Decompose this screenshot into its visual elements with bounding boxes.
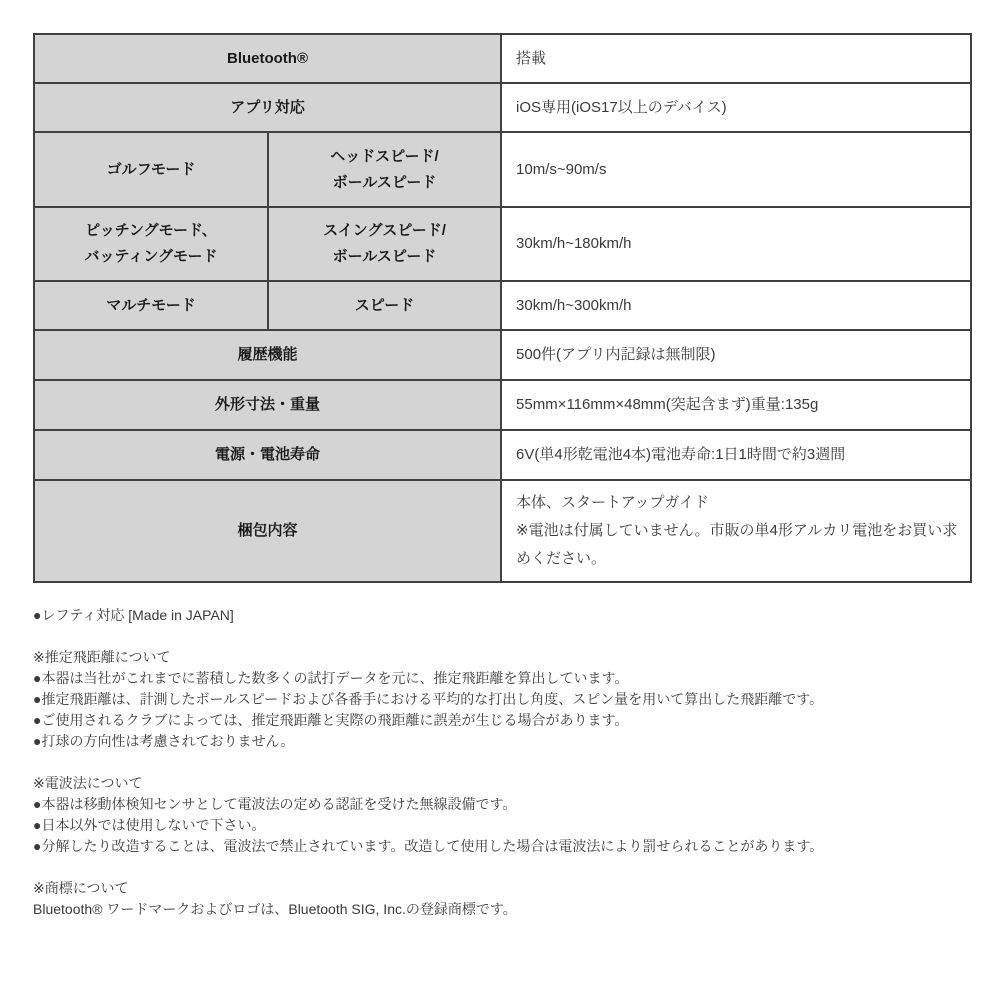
note-item: ●分解したり改造することは、電波法で禁止されています。改造して使用した場合は電波…: [33, 836, 970, 857]
spec-label-history: 履歴機能: [34, 330, 501, 380]
note-section-trademark: ※商標について Bluetooth® ワードマークおよびロゴは、Bluetoot…: [33, 878, 970, 920]
spec-label-multi-mode: マルチモード: [34, 281, 268, 330]
spec-sublabel-golf-mode: ヘッドスピード/ ボールスピード: [268, 132, 501, 207]
spec-value-app-support: iOS専用(iOS17以上のデバイス): [501, 83, 971, 132]
footnotes: ●レフティ対応 [Made in JAPAN] ※推定飛距離について ●本器は当…: [33, 605, 970, 920]
spec-sublabel-pitching-batting-mode: スイングスピード/ ボールスピード: [268, 207, 501, 281]
spec-label-power-battery: 電源・電池寿命: [34, 430, 501, 480]
note-section-radio-law: ※電波法について ●本器は移動体検知センサとして電波法の定める認証を受けた無線設…: [33, 773, 970, 857]
spec-row-app-support: アプリ対応 iOS専用(iOS17以上のデバイス): [34, 83, 971, 132]
note-item: ●ご使用されるクラブによっては、推定飛距離と実際の飛距離に誤差が生じる場合があり…: [33, 710, 970, 731]
spec-row-multi-mode: マルチモード スピード 30km/h~300km/h: [34, 281, 971, 330]
note-item: ●推定飛距離は、計測したボールスピードおよび各番手における平均的な打出し角度、ス…: [33, 689, 970, 710]
spec-value-pitching-batting-mode: 30km/h~180km/h: [501, 207, 971, 281]
spec-value-dimensions-weight: 55mm×116mm×48mm(突起含まず)重量:135g: [501, 380, 971, 430]
spec-row-bluetooth: Bluetooth® 搭載: [34, 34, 971, 83]
spec-row-pitching-batting-mode: ピッチングモード、 バッティングモード スイングスピード/ ボールスピード 30…: [34, 207, 971, 281]
note-item: ●日本以外では使用しないで下さい。: [33, 815, 970, 836]
spec-value-multi-mode: 30km/h~300km/h: [501, 281, 971, 330]
spec-value-power-battery: 6V(単4形乾電池4本)電池寿命:1日1時間で約3週間: [501, 430, 971, 480]
spec-value-golf-mode: 10m/s~90m/s: [501, 132, 971, 207]
note-section-title: ※推定飛距離について: [33, 647, 970, 668]
spec-value-package-contents: 本体、スタートアップガイド ※電池は付属していません。市販の単4形アルカリ電池を…: [501, 480, 971, 582]
spec-label-package-contents: 梱包内容: [34, 480, 501, 582]
note-item: ●本器は移動体検知センサとして電波法の定める認証を受けた無線設備です。: [33, 794, 970, 815]
spec-table: Bluetooth® 搭載 アプリ対応 iOS専用(iOS17以上のデバイス) …: [33, 33, 972, 583]
page: Bluetooth® 搭載 アプリ対応 iOS専用(iOS17以上のデバイス) …: [0, 0, 1000, 1000]
spec-row-golf-mode: ゴルフモード ヘッドスピード/ ボールスピード 10m/s~90m/s: [34, 132, 971, 207]
spec-value-bluetooth: 搭載: [501, 34, 971, 83]
lefty-note: ●レフティ対応 [Made in JAPAN]: [33, 605, 970, 626]
spec-row-power-battery: 電源・電池寿命 6V(単4形乾電池4本)電池寿命:1日1時間で約3週間: [34, 430, 971, 480]
spec-sublabel-multi-mode: スピード: [268, 281, 501, 330]
note-item: ●本器は当社がこれまでに蓄積した数多くの試打データを元に、推定飛距離を算出してい…: [33, 668, 970, 689]
spec-label-dimensions-weight: 外形寸法・重量: [34, 380, 501, 430]
spec-label-app-support: アプリ対応: [34, 83, 501, 132]
note-section-estimated-distance: ※推定飛距離について ●本器は当社がこれまでに蓄積した数多くの試打データを元に、…: [33, 647, 970, 752]
spec-row-dimensions-weight: 外形寸法・重量 55mm×116mm×48mm(突起含まず)重量:135g: [34, 380, 971, 430]
spec-row-history: 履歴機能 500件(アプリ内記録は無制限): [34, 330, 971, 380]
spec-row-package-contents: 梱包内容 本体、スタートアップガイド ※電池は付属していません。市販の単4形アル…: [34, 480, 971, 582]
spec-label-bluetooth: Bluetooth®: [34, 34, 501, 83]
note-section-title: ※商標について: [33, 878, 970, 899]
spec-value-history: 500件(アプリ内記録は無制限): [501, 330, 971, 380]
lefty-note-text: ●レフティ対応 [Made in JAPAN]: [33, 605, 970, 626]
note-item: Bluetooth® ワードマークおよびロゴは、Bluetooth SIG, I…: [33, 899, 970, 920]
spec-label-golf-mode: ゴルフモード: [34, 132, 268, 207]
note-item: ●打球の方向性は考慮されておりません。: [33, 731, 970, 752]
note-section-title: ※電波法について: [33, 773, 970, 794]
spec-label-pitching-batting-mode: ピッチングモード、 バッティングモード: [34, 207, 268, 281]
